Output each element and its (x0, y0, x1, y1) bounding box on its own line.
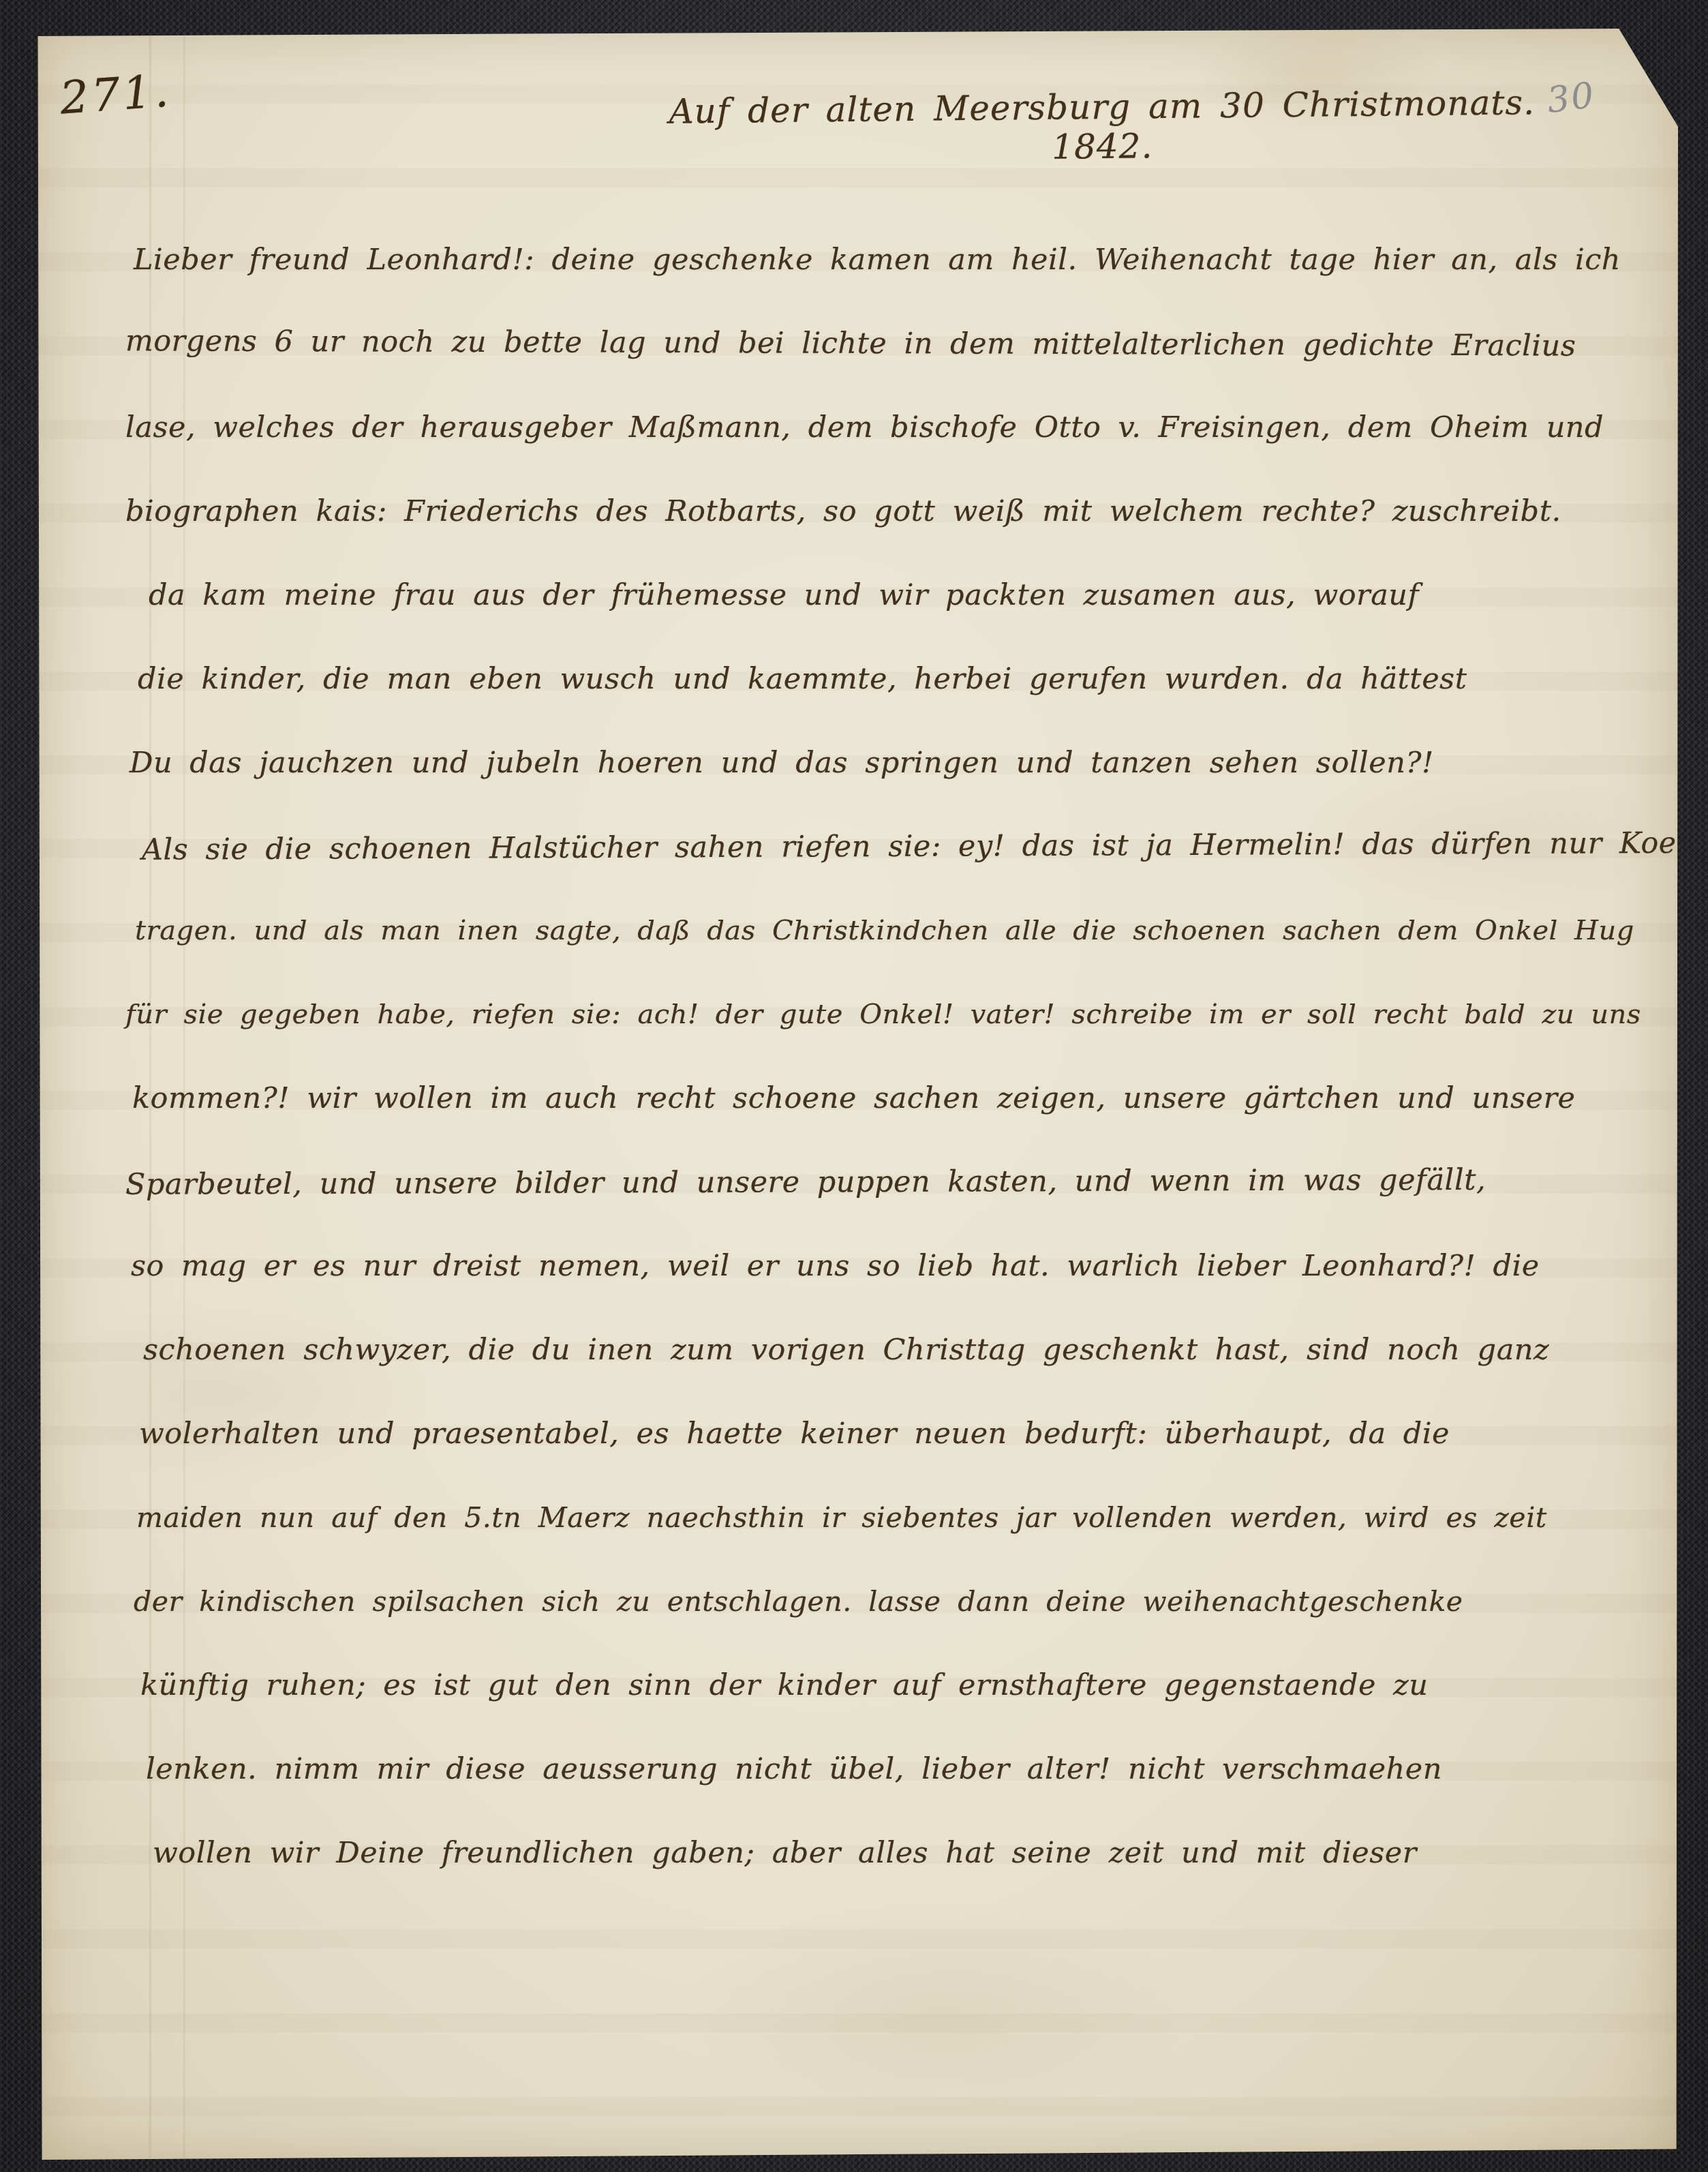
dateline: Auf der alten Meersburg am 30 Christmona… (648, 82, 1555, 171)
letter-line: tragen. und als man inen sagte, daß das … (125, 889, 1618, 973)
letter-line: wolerhalten und praesentabel, es haette … (125, 1392, 1618, 1476)
letter-line: Lieber freund Leonhard!: deine geschenke… (125, 218, 1618, 302)
letter-line: kommen?! wir wollen im auch recht schoen… (125, 1057, 1618, 1141)
letter-line: da kam meine frau aus der frühemesse und… (125, 554, 1618, 637)
manuscript-page: 271. 30 Auf der alten Meersburg am 30 Ch… (35, 29, 1678, 2160)
scan-background: 271. 30 Auf der alten Meersburg am 30 Ch… (0, 0, 1708, 2172)
letter-line: biographen kais: Friederichs des Rotbart… (125, 470, 1618, 554)
letter-line: wollen wir Deine freundlichen gaben; abe… (125, 1811, 1618, 1895)
letter-line: so mag er es nur dreist nemen, weil er u… (125, 1224, 1618, 1308)
letter-line: künftig ruhen; es ist gut den sinn der k… (125, 1644, 1618, 1728)
letter-line: schoenen schwyzer, die du inen zum vorig… (125, 1308, 1618, 1392)
letter-line: Als sie die schoenen Halstücher sahen ri… (125, 802, 1619, 892)
letter-line: morgens 6 ur noch zu bette lag und bei l… (125, 299, 1618, 389)
letter-line: Du das jauchzen und jubeln hoeren und da… (125, 721, 1618, 805)
letter-line: Sparbeutel, und unsere bilder und unsere… (125, 1138, 1618, 1227)
letter-line: der kindischen spilsachen sich zu entsch… (125, 1560, 1618, 1644)
letter-line: lenken. nimm mir diese aeusserung nicht … (125, 1728, 1618, 1811)
letter-body: Lieber freund Leonhard!: deine geschenke… (125, 218, 1618, 1895)
letter-line: maiden nun auf den 5.tn Maerz naechsthin… (125, 1476, 1618, 1560)
page-number-ink: 271. (59, 64, 173, 124)
folded-corner (1617, 33, 1679, 113)
letter-line: die kinder, die man eben wusch und kaemm… (125, 637, 1618, 721)
letter-line: für sie gegeben habe, riefen sie: ach! d… (125, 973, 1618, 1057)
letter-line: lase, welches der herausgeber Maßmann, d… (125, 386, 1618, 470)
